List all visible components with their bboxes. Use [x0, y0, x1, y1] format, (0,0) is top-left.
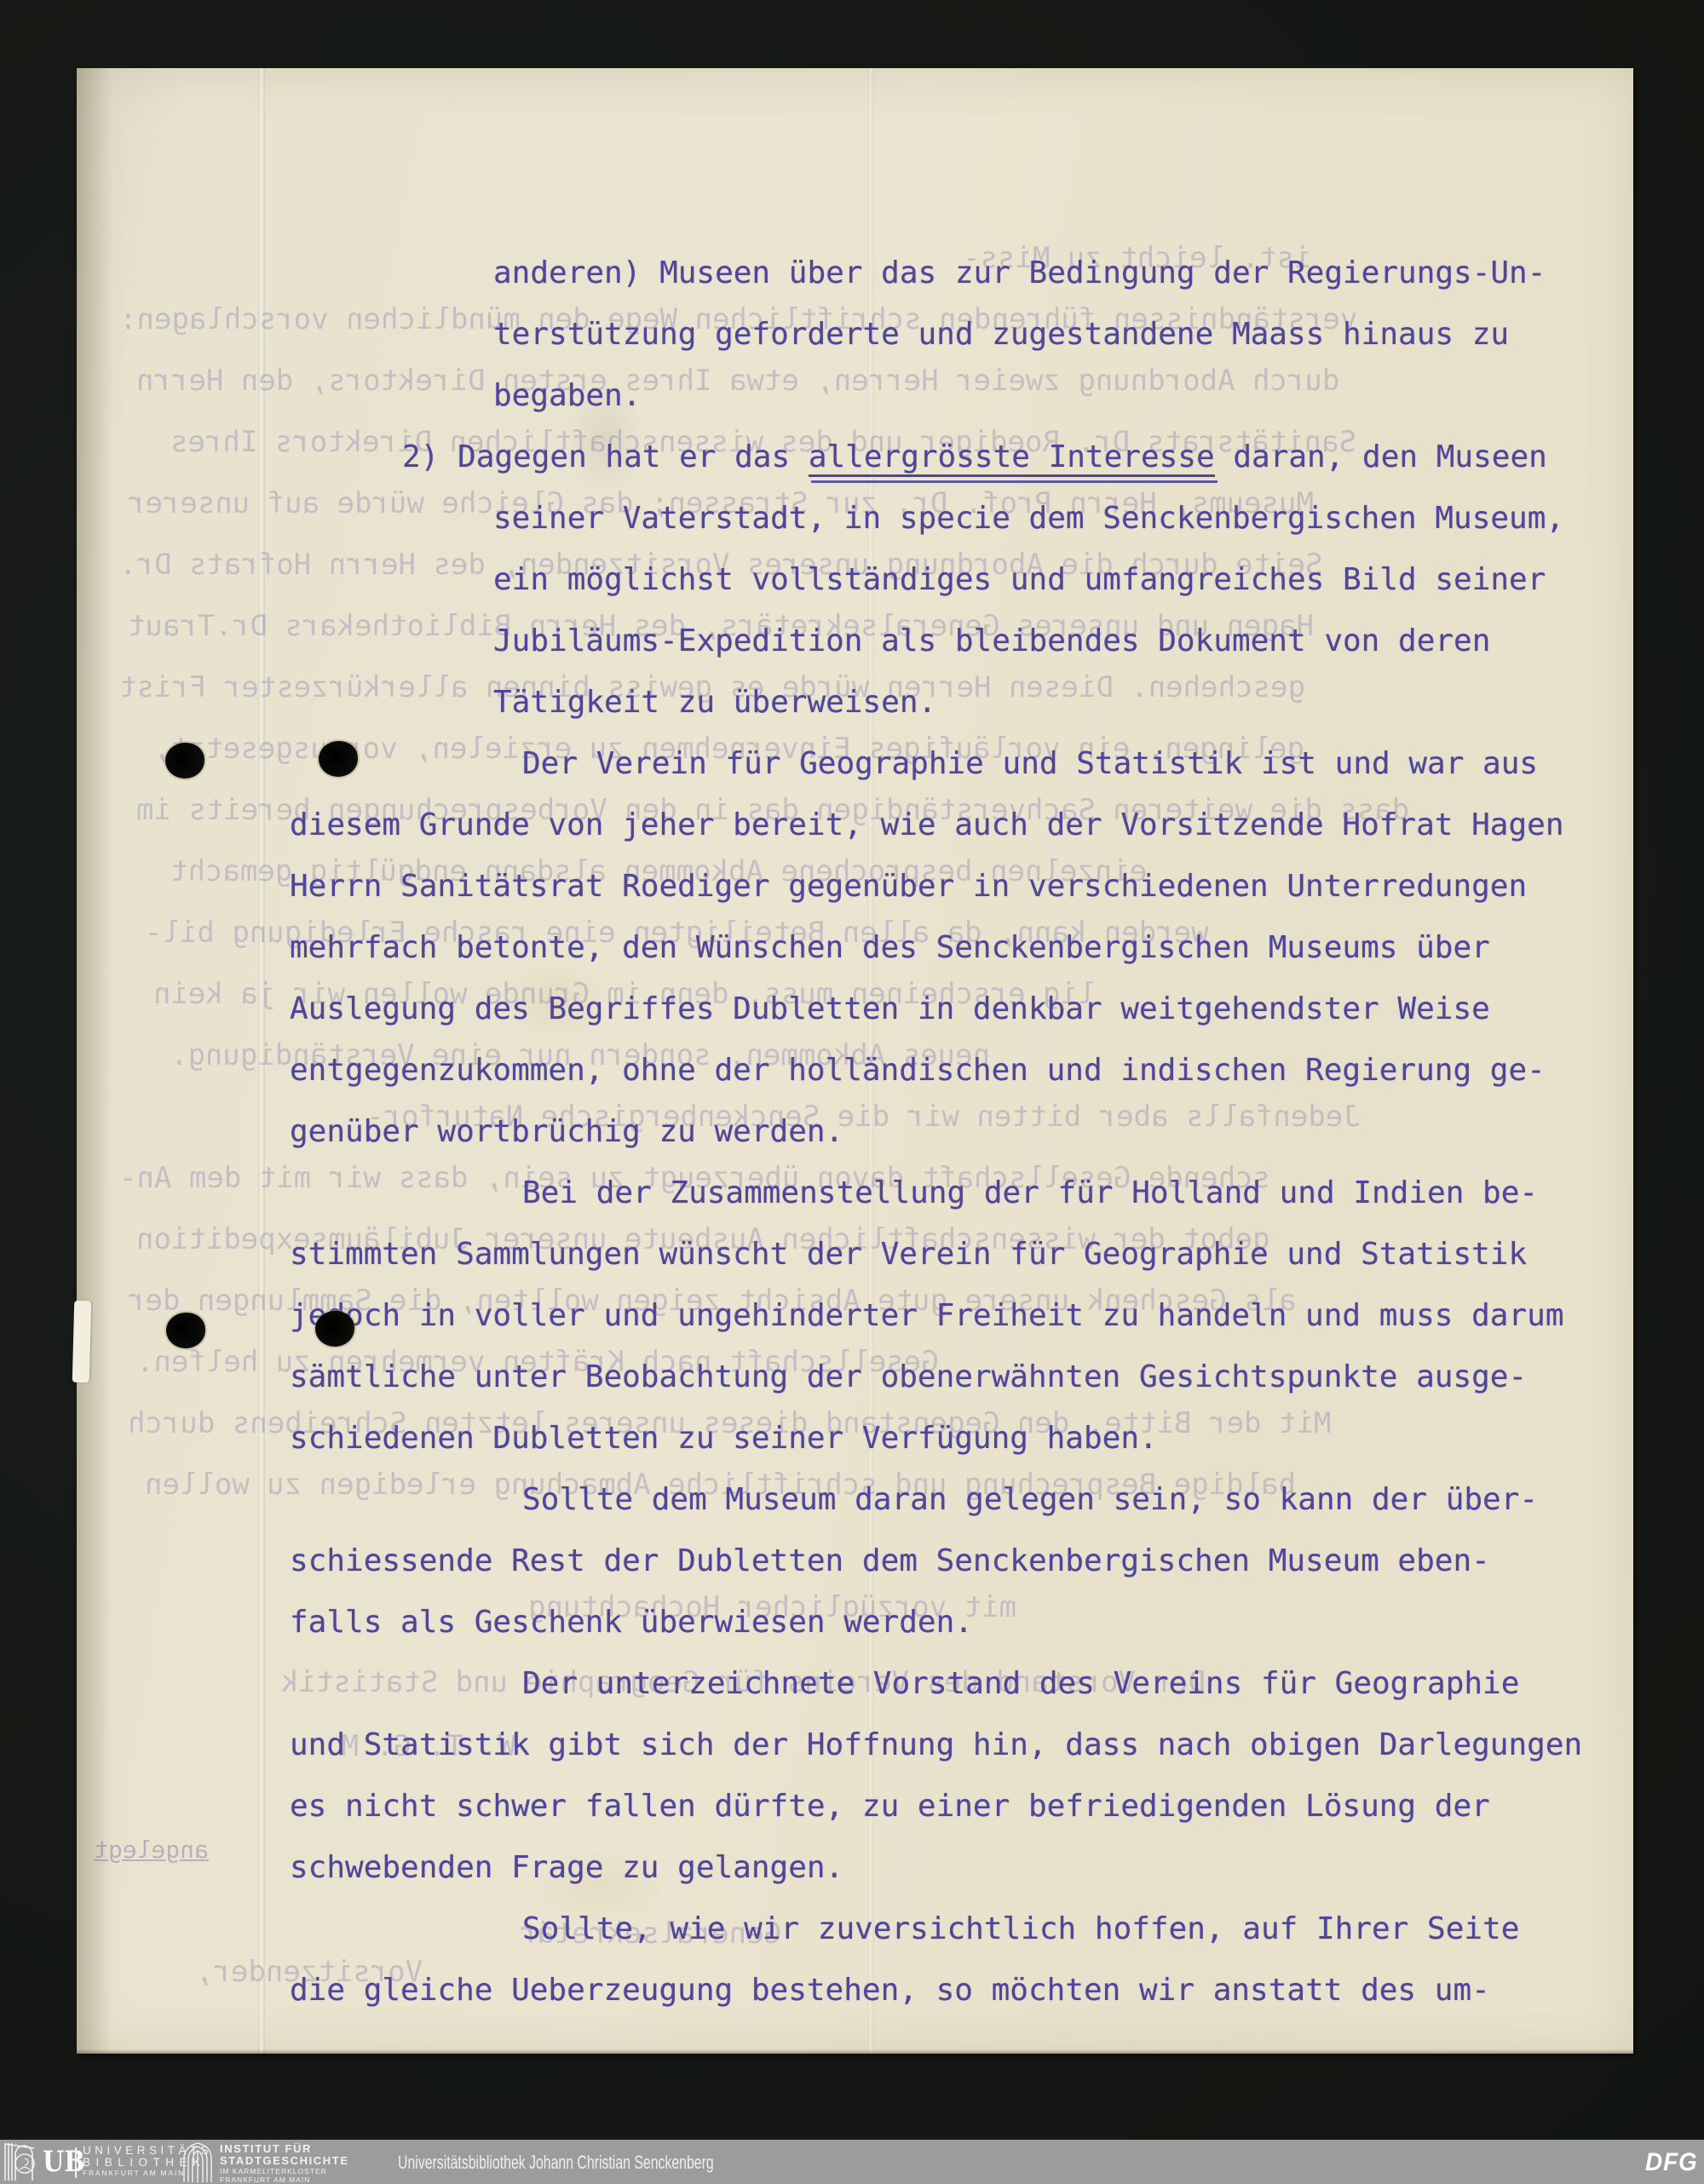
typewritten-line: begaben. — [77, 365, 1633, 427]
typewritten-line: schiessende Rest der Dubletten dem Senck… — [77, 1531, 1633, 1592]
typewritten-line: Auslegung des Begriffes Dubletten in den… — [77, 979, 1633, 1040]
footer-divider — [75, 2147, 77, 2178]
typewritten-line: sämtliche unter Beobachtung der obenerwä… — [77, 1347, 1633, 1408]
stadtgeschichte-label: INSTITUT FÜR STADTGESCHICHTE IM KARMELIT… — [220, 2143, 349, 2184]
punch-hole — [319, 741, 358, 777]
typewritten-line: Herrn Sanitätsrat Roediger gegenüber in … — [77, 856, 1633, 917]
typewritten-line: Sollte dem Museum daran gelegen sein, so… — [77, 1469, 1633, 1531]
institut-label-line: STADTGESCHICHTE — [220, 2155, 349, 2167]
letter-page: ist. leicht zu Miss-verständnissen führe… — [77, 68, 1633, 2054]
typewritten-line: schiedenen Dubletten zu seiner Verfügung… — [77, 1408, 1633, 1469]
typewritten-line: mehrfach betonte, den Wünschen des Senck… — [77, 917, 1633, 979]
typewritten-line: Der Verein für Geographie und Statistik … — [77, 733, 1633, 795]
typewritten-line: terstützung geforderte und zugestandene … — [77, 304, 1633, 365]
institut-label-line: INSTITUT FÜR — [220, 2143, 349, 2155]
ub-library-icon — [3, 2141, 43, 2182]
punch-hole — [166, 1313, 205, 1348]
typewritten-line: Der unterzeichnete Vorstand des Vereins … — [77, 1653, 1633, 1715]
scan-viewport: ist. leicht zu Miss-verständnissen führe… — [0, 0, 1704, 2184]
line-segment: daran, den Museen — [1215, 440, 1547, 474]
typewritten-line: jedoch in voller und ungehinderter Freih… — [77, 1285, 1633, 1347]
dfg-logo: DFG — [1645, 2140, 1698, 2184]
typewritten-line: Sollte, wie wir zuversichtlich hoffen, a… — [77, 1899, 1633, 1960]
typewritten-line: Jubiläums-Expedition als bleibendes Doku… — [77, 611, 1633, 672]
typewritten-line: Tätigkeit zu überweisen. — [77, 672, 1633, 733]
library-name: Universitätsbibliothek Johann Christian … — [398, 2140, 714, 2184]
typewritten-line: diesem Grunde von jeher bereit, wie auch… — [77, 795, 1633, 856]
typewritten-text: anderen) Museen über das zur Bedingung d… — [77, 243, 1633, 2021]
typewritten-line: schwebenden Frage zu gelangen. — [77, 1837, 1633, 1899]
stadtgeschichte-arch-icon — [181, 2141, 215, 2182]
institut-label-line: IM KARMELITERKLOSTER — [220, 2167, 349, 2175]
typewritten-line: es nicht schwer fallen dürfte, zu einer … — [77, 1776, 1633, 1837]
typewritten-line: anderen) Museen über das zur Bedingung d… — [77, 243, 1633, 304]
typewritten-line: Bei der Zusammenstellung der für Holland… — [77, 1163, 1633, 1224]
punch-hole — [315, 1311, 354, 1347]
typewritten-line: falls als Geschenk überwiesen werden. — [77, 1592, 1633, 1653]
typewritten-line: stimmten Sammlungen wünscht der Verein f… — [77, 1224, 1633, 1285]
footer-bar: UB UNIVERSITÄTS BIBLIOTHEK FRANKFURT AM … — [0, 2140, 1704, 2184]
typewritten-line: seiner Vaterstadt, in specie dem Sencken… — [77, 488, 1633, 549]
line-segment: 2) Dagegen hat er das — [402, 440, 809, 474]
typewritten-line: und Statistik gibt sich der Hoffnung hin… — [77, 1715, 1633, 1776]
underlined-phrase: allergrösste Interesse — [809, 440, 1215, 477]
typewritten-line: die gleiche Ueberzeugung bestehen, so mö… — [77, 1960, 1633, 2021]
institut-label-line: FRANKFURT AM MAIN — [220, 2175, 349, 2184]
punch-hole — [165, 743, 204, 779]
typewritten-line: genüber wortbrüchig zu werden. — [77, 1101, 1633, 1163]
typewritten-line: entgegenzukommen, ohne der holländischen… — [77, 1040, 1633, 1101]
typewritten-line: ein möglichst vollständiges und umfangre… — [77, 549, 1633, 611]
typewritten-line: 2) Dagegen hat er das allergrösste Inter… — [77, 427, 1633, 488]
ub-wordmark: UB — [43, 2145, 85, 2179]
